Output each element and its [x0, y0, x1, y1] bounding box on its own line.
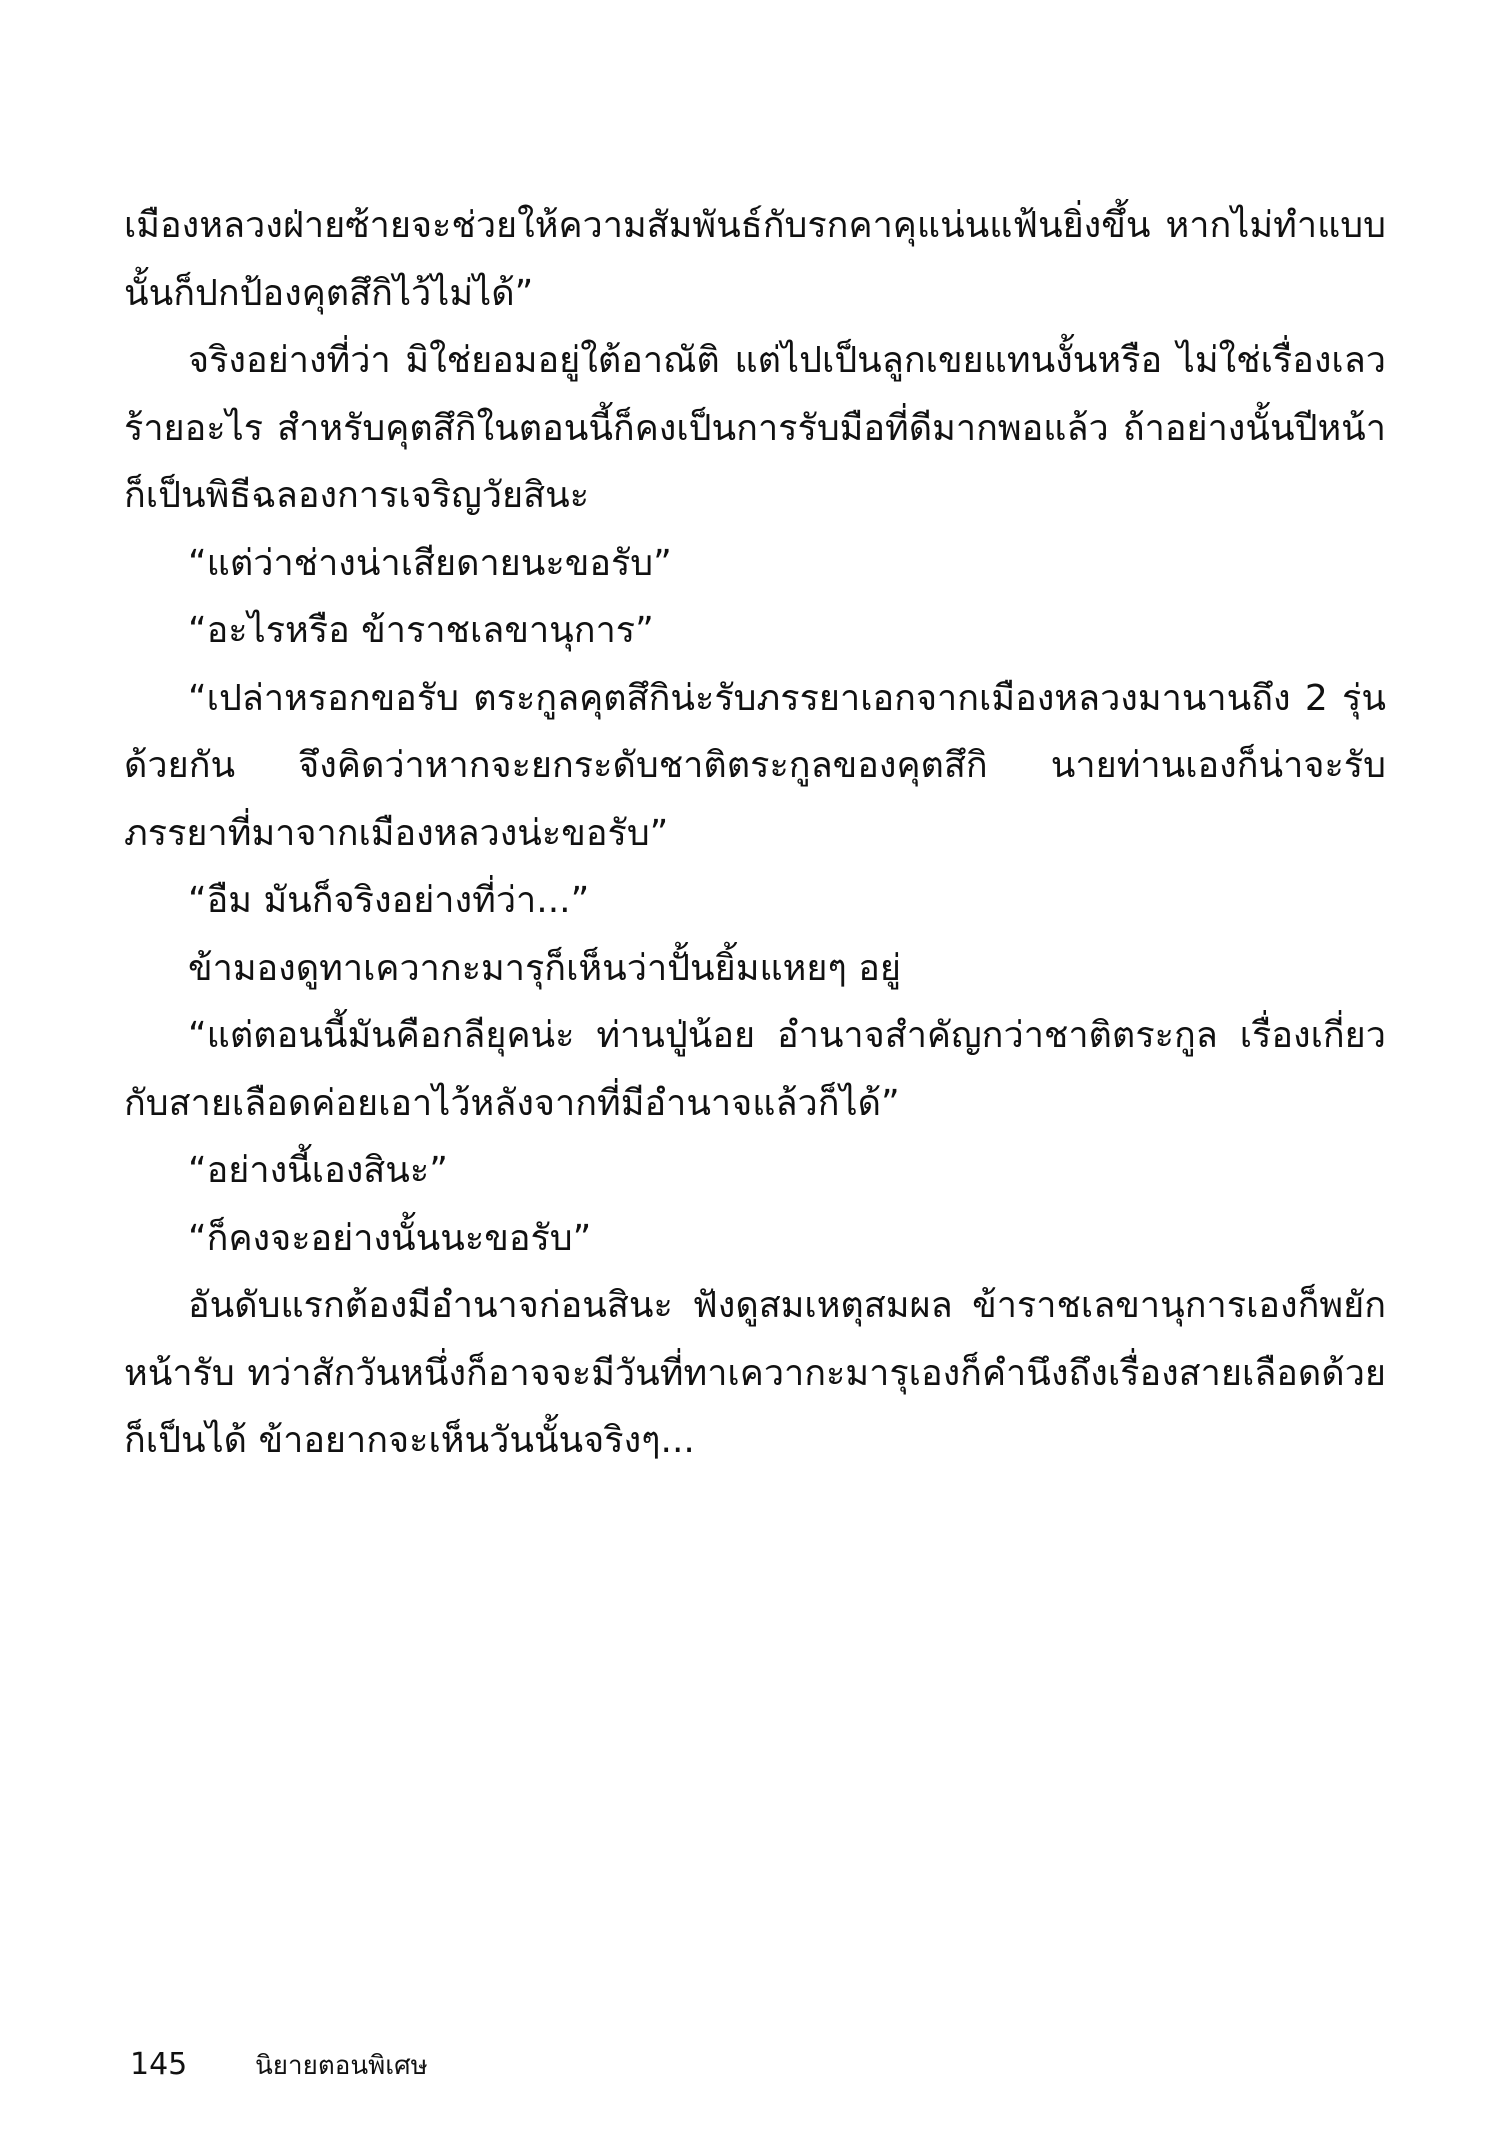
dialogue-paragraph: “แต่ตอนนี้มันคือกลียุคน่ะ ท่านปู่น้อย อำ… — [124, 1002, 1386, 1137]
dialogue-paragraph: “อย่างนี้เองสินะ” — [124, 1137, 1386, 1205]
dialogue-paragraph: “แต่ว่าช่างน่าเสียดายนะขอรับ” — [124, 530, 1386, 598]
page-body: เมืองหลวงฝ่ายซ้ายจะช่วยให้ความสัมพันธ์กั… — [124, 192, 1386, 1475]
dialogue-paragraph: “เปล่าหรอกขอรับ ตระกูลคุตสึกิน่ะรับภรรยา… — [124, 665, 1386, 868]
paragraph: ข้ามองดูทาเควากะมารุก็เห็นว่าปั้นยิ้มแหย… — [124, 935, 1386, 1003]
page-footer: 145 นิยายตอนพิเศษ — [130, 2045, 428, 2095]
page-number: 145 — [130, 2047, 255, 2082]
paragraph: อันดับแรกต้องมีอำนาจก่อนสินะ ฟังดูสมเหตุ… — [124, 1272, 1386, 1475]
dialogue-paragraph: “อืม มันก็จริงอย่างที่ว่า...” — [124, 867, 1386, 935]
paragraph: จริงอย่างที่ว่า มิใช่ยอมอยู่ใต้อาณัติ แต… — [124, 327, 1386, 530]
dialogue-paragraph: “ก็คงจะอย่างนั้นนะขอรับ” — [124, 1205, 1386, 1273]
paragraph: เมืองหลวงฝ่ายซ้ายจะช่วยให้ความสัมพันธ์กั… — [124, 192, 1386, 327]
dialogue-paragraph: “อะไรหรือ ข้าราชเลขานุการ” — [124, 597, 1386, 665]
running-title: นิยายตอนพิเศษ — [255, 2045, 428, 2086]
